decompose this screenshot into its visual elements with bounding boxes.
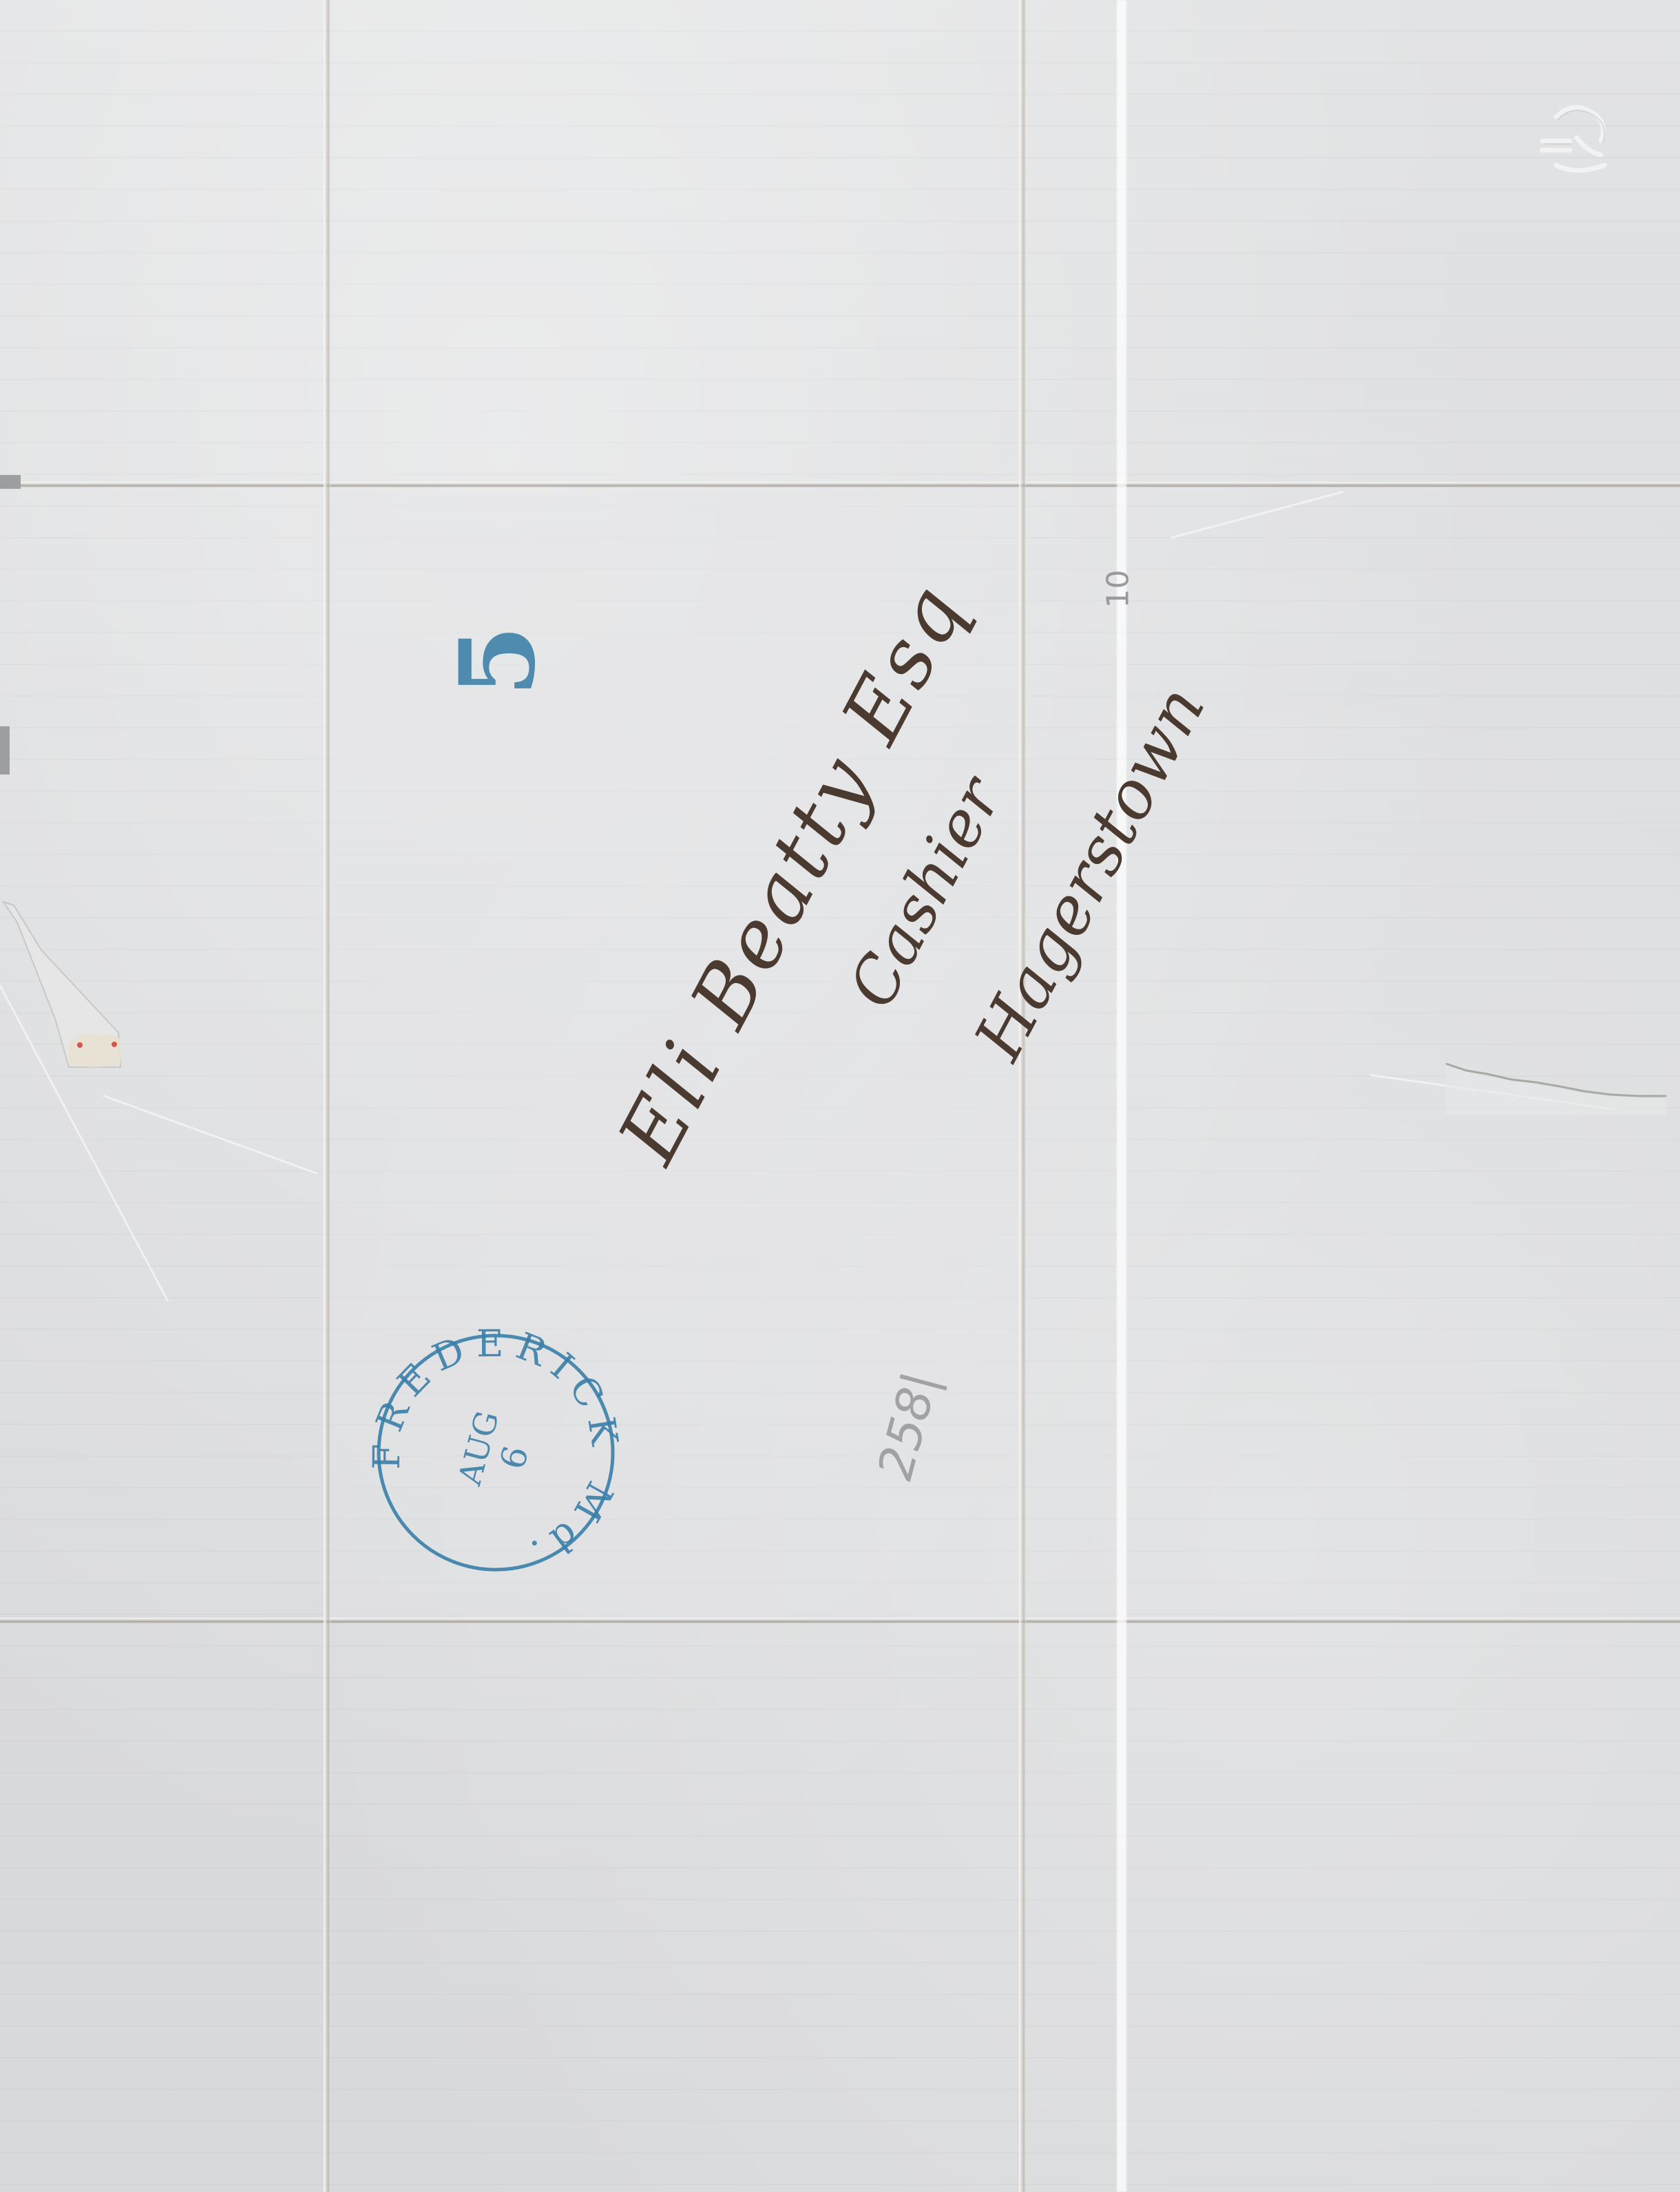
svg-text:5: 5 [452, 625, 558, 697]
fold-line-bottom [0, 1618, 1680, 1623]
wax-seal-remnant [0, 792, 138, 1081]
rate-mark: 5 [452, 606, 562, 716]
fold-line-left [324, 0, 330, 2192]
svg-text:6: 6 [492, 1442, 536, 1473]
pencil-note-corner: 10 [1101, 570, 1136, 609]
crease [103, 1095, 317, 1174]
crease [1170, 491, 1344, 539]
fold-line-top [0, 482, 1680, 487]
fold-line-right [1019, 0, 1026, 2192]
crest-emboss-icon [1515, 96, 1632, 186]
postmark-frederick: FREDERICK Md. AUG 6 [368, 1325, 623, 1580]
paper-tear [1446, 1060, 1680, 1115]
edge-notch [0, 726, 10, 774]
edge-notch [0, 475, 21, 489]
chain-line-stripe [1117, 0, 1126, 2192]
letter-sheet: 10 5 FREDERICK Md. AUG 6 Eli Beatty Esq [0, 0, 1680, 2192]
